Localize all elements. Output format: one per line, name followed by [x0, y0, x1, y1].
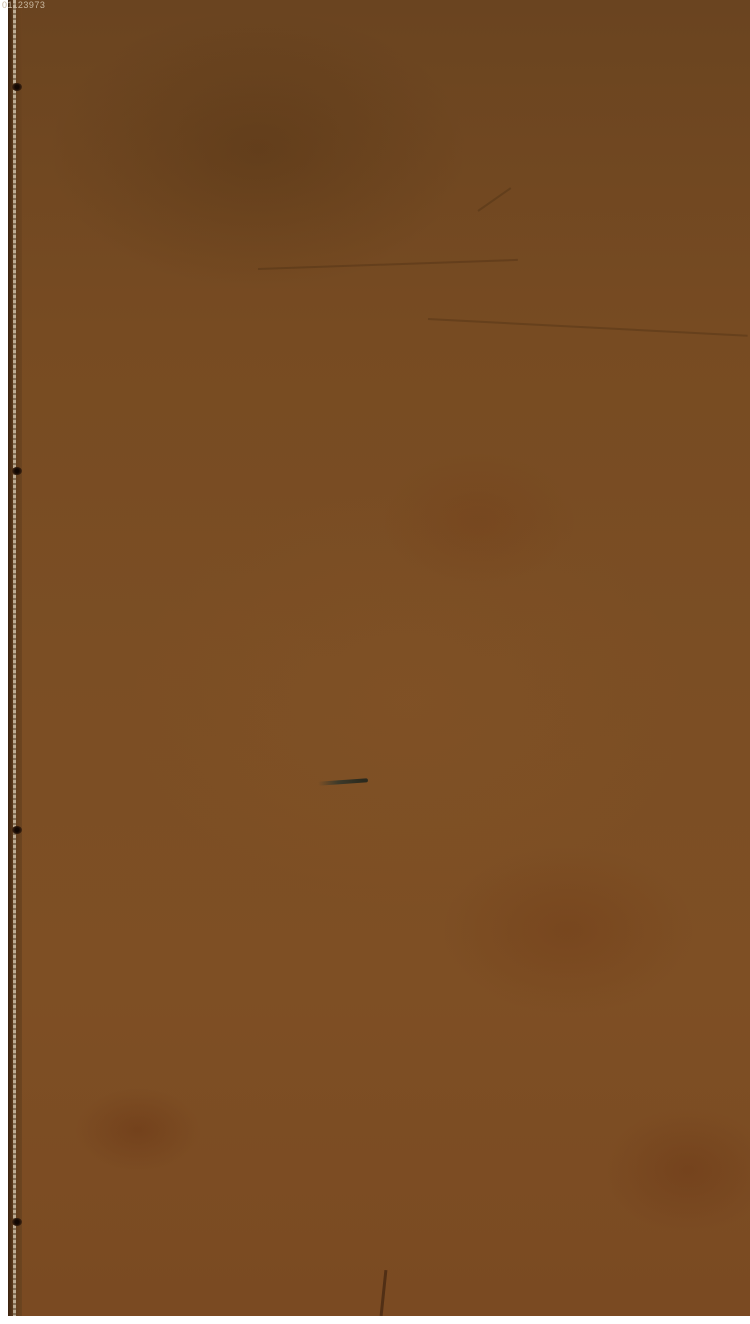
book-cover: [8, 0, 750, 1316]
stitch-hole: [12, 1218, 22, 1226]
stitch-hole: [12, 83, 22, 91]
paper-crease: [477, 187, 511, 212]
stitch-hole: [12, 826, 22, 834]
binding-thread: [13, 0, 16, 1316]
stitch-hole: [12, 467, 22, 475]
scan-identifier: 01123973: [2, 0, 45, 10]
paper-crease: [258, 259, 518, 270]
paper-crease: [428, 318, 748, 337]
